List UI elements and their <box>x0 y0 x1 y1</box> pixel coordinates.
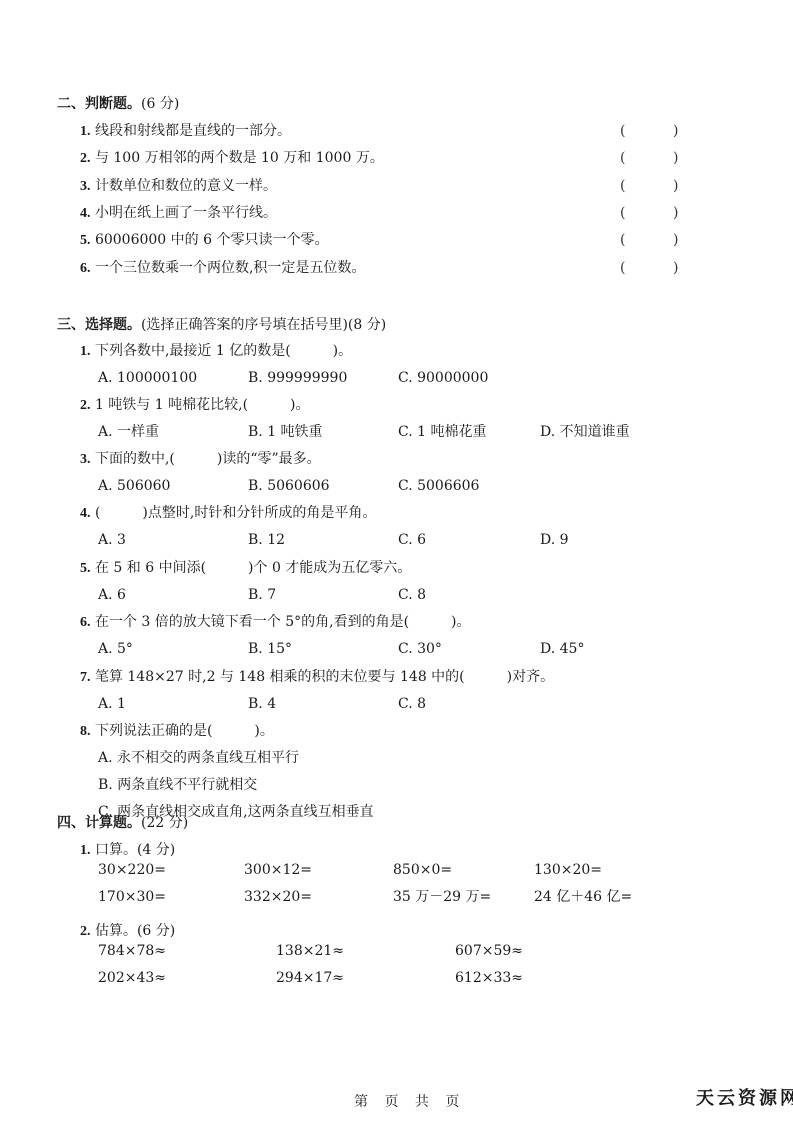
answer-bracket-close[interactable]: ) <box>673 204 678 222</box>
question-number: 1. <box>80 344 91 359</box>
section-score: (22 分) <box>141 815 188 831</box>
oral-calc-item: 30×220= <box>98 861 166 879</box>
estimate-item: 607×59≈ <box>455 942 523 960</box>
question-number: 1. <box>80 124 91 139</box>
choice-question: 3. 下面的数中,( )读的“零”最多。 <box>80 450 321 469</box>
question-number: 4. <box>80 206 91 221</box>
choice-option[interactable]: B. 4 <box>248 695 276 713</box>
judge-item: 5. 60006000 中的 6 个零只读一个零。 <box>80 231 328 250</box>
estimate-item: 294×17≈ <box>276 969 344 987</box>
question-number: 1. <box>80 843 91 858</box>
answer-bracket-close[interactable]: ) <box>673 149 678 167</box>
choice-option[interactable]: A. 6 <box>98 586 126 604</box>
choice-option[interactable]: A. 100000100 <box>98 369 197 387</box>
question-number: 6. <box>80 261 91 276</box>
choice-option[interactable]: C. 6 <box>398 531 426 549</box>
choice-option[interactable]: B. 12 <box>248 531 285 549</box>
answer-bracket-close[interactable]: ) <box>673 231 678 249</box>
question-text: 下列说法正确的是( )。 <box>95 723 274 739</box>
choice-option[interactable]: B. 1 吨铁重 <box>248 423 323 441</box>
oral-calc-heading: 1. 口算。(4 分) <box>80 841 175 860</box>
question-number: 2. <box>80 151 91 166</box>
choice-option[interactable]: B. 7 <box>248 586 276 604</box>
judge-item: 3. 计数单位和数位的意义一样。 <box>80 177 277 196</box>
answer-bracket-open[interactable]: ( <box>620 122 625 140</box>
brand-watermark: 天云资源网 <box>696 1090 793 1108</box>
question-number: 7. <box>80 670 91 685</box>
choice-option[interactable]: C. 8 <box>398 586 426 604</box>
question-number: 3. <box>80 179 91 194</box>
question-text: 与 100 万相邻的两个数是 10 万和 1000 万。 <box>95 150 384 166</box>
choice-option[interactable]: A. 一样重 <box>98 423 159 441</box>
choice-question: 2. 1 吨铁与 1 吨棉花比较,( )。 <box>80 396 310 415</box>
choice-option[interactable]: D. 45° <box>540 640 584 658</box>
answer-bracket-close[interactable]: ) <box>673 122 678 140</box>
judge-item: 1. 线段和射线都是直线的一部分。 <box>80 122 291 141</box>
choice-option[interactable]: D. 不知道谁重 <box>540 423 630 441</box>
estimate-heading: 2. 估算。(6 分) <box>80 922 175 941</box>
choice-option[interactable]: A. 永不相交的两条直线互相平行 <box>98 749 299 767</box>
choice-option[interactable]: B. 999999990 <box>248 369 347 387</box>
page-footer: 第 页 共 页 <box>354 1093 465 1111</box>
question-text: 下面的数中,( )读的“零”最多。 <box>95 451 321 467</box>
question-number: 4. <box>80 506 91 521</box>
oral-calc-item: 130×20= <box>534 861 602 879</box>
choice-question: 7. 笔算 148×27 时,2 与 148 相乘的积的末位要与 148 中的(… <box>80 668 554 687</box>
question-text: 小明在纸上画了一条平行线。 <box>95 205 277 221</box>
question-text: ( )点整时,时针和分针所成的角是平角。 <box>95 505 376 521</box>
oral-calc-item: 332×20= <box>244 888 312 906</box>
section-title: 三、选择题。 <box>57 317 141 333</box>
judge-item: 2. 与 100 万相邻的两个数是 10 万和 1000 万。 <box>80 149 384 168</box>
question-number: 2. <box>80 924 91 939</box>
choice-option[interactable]: C. 5006606 <box>398 477 479 495</box>
choice-option[interactable]: D. 9 <box>540 531 569 549</box>
choice-option[interactable]: C. 30° <box>398 640 442 658</box>
oral-calc-item: 850×0= <box>393 861 452 879</box>
section-calc-title: 四、计算题。(22 分) <box>57 814 188 832</box>
estimate-item: 138×21≈ <box>276 942 344 960</box>
question-number: 8. <box>80 724 91 739</box>
oral-calc-item: 35 万－29 万= <box>393 888 491 906</box>
choice-option[interactable]: A. 506060 <box>98 477 170 495</box>
judge-item: 4. 小明在纸上画了一条平行线。 <box>80 204 277 223</box>
answer-bracket-close[interactable]: ) <box>673 177 678 195</box>
choice-question: 5. 在 5 和 6 中间添( )个 0 才能成为五亿零六。 <box>80 559 411 578</box>
choice-option[interactable]: B. 5060606 <box>248 477 330 495</box>
oral-calc-item: 24 亿＋46 亿= <box>534 888 632 906</box>
section-score: (6 分) <box>141 96 179 112</box>
oral-calc-item: 170×30= <box>98 888 166 906</box>
question-label: 估算。(6 分) <box>95 923 175 939</box>
question-text: 笔算 148×27 时,2 与 148 相乘的积的末位要与 148 中的( )对… <box>95 669 554 685</box>
estimate-item: 202×43≈ <box>98 969 166 987</box>
question-text: 计数单位和数位的意义一样。 <box>95 178 277 194</box>
choice-option[interactable]: C. 8 <box>398 695 426 713</box>
choice-option[interactable]: B. 15° <box>248 640 292 658</box>
question-number: 2. <box>80 398 91 413</box>
choice-question: 4. ( )点整时,时针和分针所成的角是平角。 <box>80 504 376 523</box>
section-judge-title: 二、判断题。(6 分) <box>57 95 179 113</box>
choice-option[interactable]: A. 3 <box>98 531 126 549</box>
question-label: 口算。(4 分) <box>95 842 175 858</box>
choice-option[interactable]: A. 5° <box>98 640 133 658</box>
answer-bracket-open[interactable]: ( <box>620 149 625 167</box>
question-number: 6. <box>80 615 91 630</box>
estimate-item: 784×78≈ <box>98 942 166 960</box>
choice-option[interactable]: C. 90000000 <box>398 369 488 387</box>
question-text: 1 吨铁与 1 吨棉花比较,( )。 <box>95 397 310 413</box>
choice-option[interactable]: C. 1 吨棉花重 <box>398 423 486 441</box>
section-score: (选择正确答案的序号填在括号里)(8 分) <box>141 317 386 333</box>
section-title: 二、判断题。 <box>57 96 141 112</box>
answer-bracket-open[interactable]: ( <box>620 231 625 249</box>
judge-item: 6. 一个三位数乘一个两位数,积一定是五位数。 <box>80 259 365 278</box>
answer-bracket-open[interactable]: ( <box>620 177 625 195</box>
question-text: 在 5 和 6 中间添( )个 0 才能成为五亿零六。 <box>95 560 411 576</box>
section-title: 四、计算题。 <box>57 815 141 831</box>
choice-option[interactable]: B. 两条直线不平行就相交 <box>98 776 257 794</box>
question-text: 下列各数中,最接近 1 亿的数是( )。 <box>95 343 352 359</box>
question-text: 线段和射线都是直线的一部分。 <box>95 123 291 139</box>
oral-calc-item: 300×12= <box>244 861 312 879</box>
choice-option[interactable]: A. 1 <box>98 695 126 713</box>
question-number: 5. <box>80 233 91 248</box>
choice-question: 8. 下列说法正确的是( )。 <box>80 722 274 741</box>
question-text: 一个三位数乘一个两位数,积一定是五位数。 <box>95 260 365 276</box>
question-number: 5. <box>80 561 91 576</box>
answer-bracket-open[interactable]: ( <box>620 204 625 222</box>
question-number: 3. <box>80 452 91 467</box>
question-text: 60006000 中的 6 个零只读一个零。 <box>95 232 329 248</box>
choice-question: 1. 下列各数中,最接近 1 亿的数是( )。 <box>80 342 352 361</box>
answer-bracket-close[interactable]: ) <box>673 259 678 277</box>
choice-question: 6. 在一个 3 倍的放大镜下看一个 5°的角,看到的角是( )。 <box>80 613 471 632</box>
section-choice-title: 三、选择题。(选择正确答案的序号填在括号里)(8 分) <box>57 316 386 334</box>
answer-bracket-open[interactable]: ( <box>620 259 625 277</box>
question-text: 在一个 3 倍的放大镜下看一个 5°的角,看到的角是( )。 <box>95 614 471 630</box>
estimate-item: 612×33≈ <box>455 969 523 987</box>
